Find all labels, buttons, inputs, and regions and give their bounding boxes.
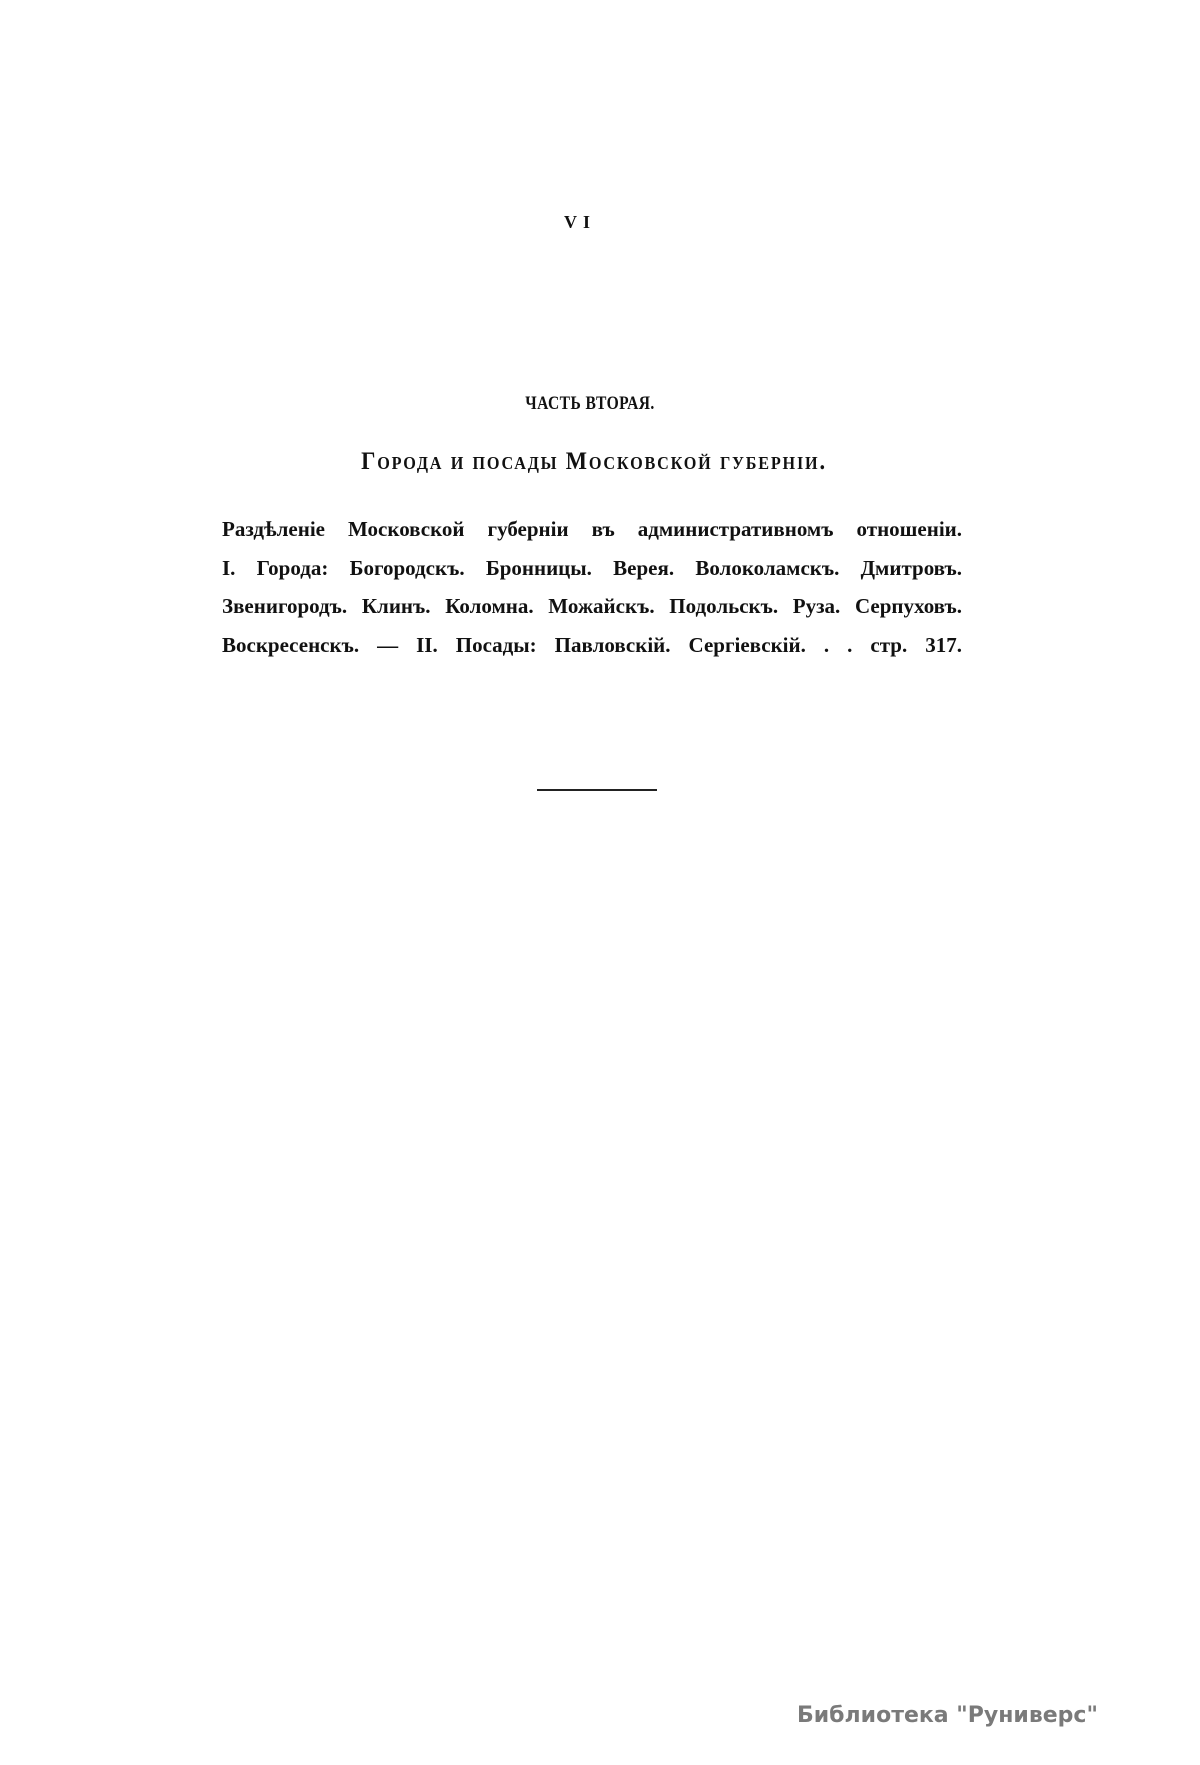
contents-line: Раздѣленіе Московской губерніи въ админи… [222, 510, 962, 549]
contents-line-text: I. Города: Богородскъ. Бронницы. Верея. … [222, 549, 962, 588]
section-title: Города и посады Московской губерніи. [59, 448, 1128, 476]
part-heading: ЧАСТЬ ВТОРАЯ. [106, 393, 1074, 415]
contents-line-text: Воскресенскъ. — II. Посады: Павловскій. … [222, 626, 962, 665]
contents-line-text: Раздѣленіе Московской губерніи въ админи… [222, 510, 962, 549]
contents-line: Воскресенскъ. — II. Посады: Павловскій. … [222, 626, 962, 665]
page-number: VI [0, 212, 1160, 233]
contents-line: I. Города: Богородскъ. Бронницы. Верея. … [222, 549, 962, 588]
contents-block: Раздѣленіе Московской губерніи въ админи… [222, 510, 962, 664]
contents-line: Звенигородъ. Клинъ. Коломна. Можайскъ. П… [222, 587, 962, 626]
library-watermark: Библиотека "Руниверс" [797, 1703, 1098, 1728]
section-divider [537, 789, 657, 791]
contents-line-text: Звенигородъ. Клинъ. Коломна. Можайскъ. П… [222, 587, 962, 626]
